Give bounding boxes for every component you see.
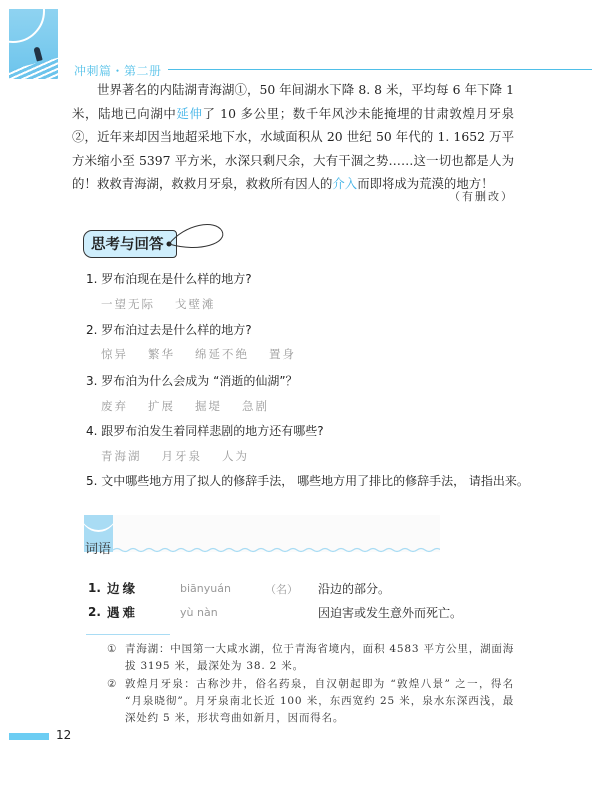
- vocab-item-1-number: 1.: [88, 581, 101, 595]
- question-1-keywords: 一望无际戈壁滩: [101, 296, 236, 312]
- footnote-1-mark: ①: [107, 643, 116, 655]
- highlighted-word: 介入: [332, 176, 357, 191]
- source-note: （有删改）: [449, 188, 514, 204]
- footnote-rule: [86, 634, 170, 635]
- vocab-label: 词语: [85, 538, 111, 557]
- vocab-item-2-pinyin: yù nàn: [180, 606, 218, 619]
- think-answer-label: 思考与回答: [91, 233, 164, 254]
- runner-figure-icon: [33, 46, 42, 61]
- question-4-keywords: 青海湖月牙泉人为: [101, 448, 269, 464]
- question-1: 1. 罗布泊现在是什么样的地方?: [86, 270, 252, 287]
- vocab-item-1-pinyin: biānyuán: [180, 582, 231, 595]
- footnote-2-mark: ②: [107, 678, 116, 690]
- vocab-item-2-word: 遇难: [107, 603, 138, 621]
- header-rule: [168, 69, 592, 70]
- question-3-keywords: 废弃扩展掘堤急剧: [101, 398, 289, 414]
- question-4: 4. 跟罗布泊发生着同样悲剧的地方还有哪些?: [86, 422, 324, 439]
- running-header-title: 冲刺篇・第二册: [74, 62, 162, 79]
- passage-paragraph-2: 救救青海湖，救救月牙泉，救救所有因人的介入而即将成为荒漠的地方！: [72, 172, 514, 196]
- question-2: 2. 罗布泊过去是什么样的地方?: [86, 321, 252, 338]
- vocab-item-1-pos: （名）: [265, 581, 298, 597]
- vocab-item-2-number: 2.: [88, 605, 101, 619]
- corner-illustration: [9, 9, 58, 79]
- question-3: 3. 罗布泊为什么会成为 “消逝的仙湖”？: [86, 372, 298, 389]
- text-segment: 救救青海湖，救救月牙泉，救救所有因人的: [97, 176, 332, 191]
- footnote-2-text: 敦煌月牙泉：古称沙井，俗名药泉，自汉朝起即为 “敦煌八景” 之一，得名 “月泉晓…: [125, 676, 514, 727]
- vocab-item-1-word: 边缘: [107, 579, 138, 597]
- highlighted-word: 延伸: [176, 106, 202, 121]
- page-number: 12: [56, 728, 71, 742]
- tag-string-icon: [160, 219, 230, 259]
- page-number-bar: [9, 733, 49, 740]
- arc-icon: [84, 515, 113, 532]
- footnote-1-text: 青海湖：中国第一大咸水湖，位于青海省境内，面积 4583 平方公里，湖面海拔 3…: [125, 641, 514, 675]
- question-2-keywords: 惊异繁华绵延不绝置身: [101, 346, 316, 362]
- vocab-item-1-definition: 沿边的部分。: [318, 580, 390, 597]
- sun-arc-icon: [9, 9, 45, 43]
- wave-line-icon: [113, 547, 440, 553]
- question-5: 5. 文中哪些地方用了拟人的修辞手法， 哪些地方用了排比的修辞手法， 请指出来。: [86, 472, 529, 489]
- vocab-item-2-definition: 因迫害或发生意外而死亡。: [318, 604, 462, 621]
- ramp-stripes: [9, 54, 58, 79]
